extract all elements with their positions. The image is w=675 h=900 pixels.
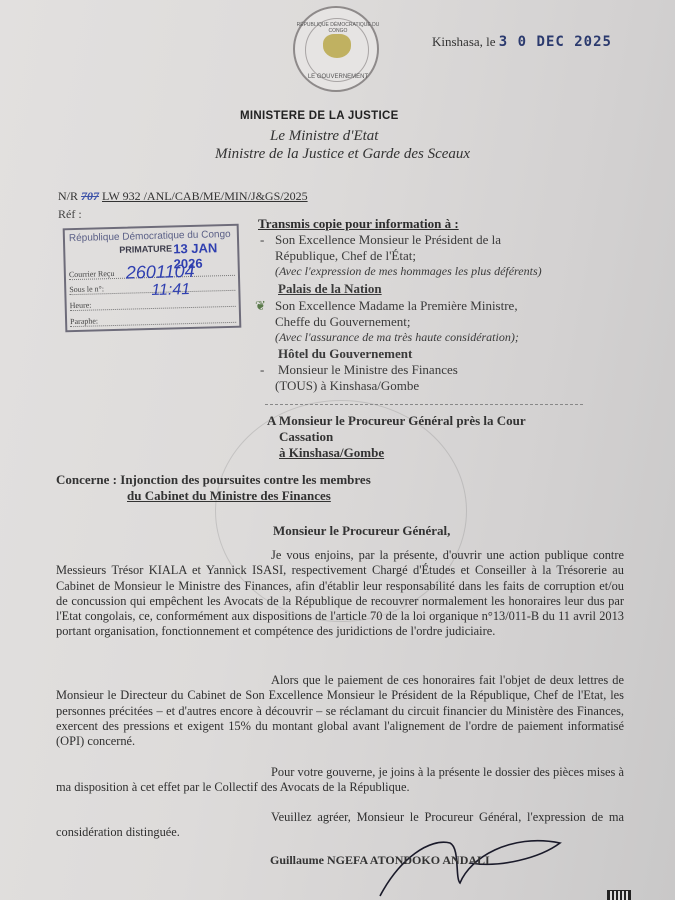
- recipient-line: Cheffe du Gouvernement;: [275, 314, 411, 330]
- seal-bottom-text: LE GOUVERNEMENT: [295, 74, 381, 80]
- bullet: -: [260, 232, 264, 248]
- minister-title-line1: Le Ministre d'Etat: [270, 128, 378, 145]
- bullet: ❦: [255, 298, 266, 314]
- recipient-line: Son Excellence Madame la Première Minist…: [275, 298, 518, 314]
- addressee-line2: Cassation: [279, 429, 333, 445]
- qr-code-icon: [607, 890, 631, 900]
- stamp-office: PRIMATURE: [119, 243, 172, 254]
- signatory-name: Guillaume NGEFA ATONDOKO ANDALI: [270, 853, 490, 868]
- received-stamp: République Démocratique du Congo PRIMATU…: [63, 224, 242, 333]
- closing-paragraph: Veuillez agréer, Monsieur le Procureur G…: [56, 810, 624, 841]
- handwritten-signature: [360, 838, 580, 898]
- subject-line1: Concerne : Injonction des poursuites con…: [56, 472, 371, 488]
- recipient-note: (Avec l'assurance de ma très haute consi…: [275, 330, 519, 345]
- body-paragraph-3: Pour votre gouverne, je joins à la prése…: [56, 765, 624, 796]
- government-seal: RÉPUBLIQUE DÉMOCRATIQUE DU CONGO LE GOUV…: [293, 6, 379, 92]
- separator-line: [265, 404, 583, 405]
- recipient-line: Monsieur le Ministre des Finances: [278, 362, 458, 378]
- stamp-row: Paraphe:: [70, 313, 236, 327]
- subject-label: Concerne :: [56, 472, 117, 487]
- document-page: RÉPUBLIQUE DÉMOCRATIQUE DU CONGO LE GOUV…: [0, 0, 675, 900]
- coat-of-arms-icon: [323, 34, 351, 58]
- transmission-title: Transmis copie pour information à :: [258, 216, 459, 232]
- handwritten-number: 707: [81, 189, 99, 203]
- recipient-place: Palais de la Nation: [278, 281, 382, 297]
- document-date: Kinshasa, le 3 0 DEC 2025: [432, 34, 612, 50]
- ref-number: LW 932 /ANL/CAB/ME/MIN/J&GS/2025: [102, 189, 308, 203]
- recipient-line: Son Excellence Monsieur le Président de …: [275, 232, 501, 248]
- recipient-place: (TOUS) à Kinshasa/Gombe: [275, 378, 419, 394]
- place-prefix: Kinshasa, le: [432, 34, 496, 49]
- ref-prefix: N/R: [58, 189, 78, 203]
- ministry-name: MINISTERE DE LA JUSTICE: [240, 110, 399, 122]
- subject-line2: du Cabinet du Ministre des Finances: [127, 488, 331, 504]
- minister-title-line2: Ministre de la Justice et Garde des Scea…: [215, 146, 470, 163]
- recipient-note: (Avec l'expression de mes hommages les p…: [275, 264, 542, 279]
- recipient-place: Hôtel du Gouvernement: [278, 346, 412, 362]
- bullet: -: [260, 362, 264, 378]
- stamp-time: 11:41: [151, 281, 190, 300]
- reference-number: N/R 707 LW 932 /ANL/CAB/ME/MIN/J&GS/2025: [58, 189, 308, 204]
- ref-label: Réf :: [58, 207, 82, 222]
- addressee-line1: A Monsieur le Procureur Général près la …: [267, 413, 526, 429]
- body-paragraph-2: Alors que le paiement de ces honoraires …: [56, 673, 624, 749]
- date-stamp: 3 0 DEC 2025: [499, 34, 612, 50]
- salutation: Monsieur le Procureur Général,: [273, 523, 450, 539]
- body-paragraph-1: Je vous enjoins, par la présente, d'ouvr…: [56, 548, 624, 640]
- addressee-line3: à Kinshasa/Gombe: [279, 445, 384, 461]
- recipient-line: République, Chef de l'État;: [275, 248, 416, 264]
- seal-top-text: RÉPUBLIQUE DÉMOCRATIQUE DU CONGO: [295, 22, 381, 34]
- subject-text: Injonction des poursuites contre les mem…: [120, 472, 371, 487]
